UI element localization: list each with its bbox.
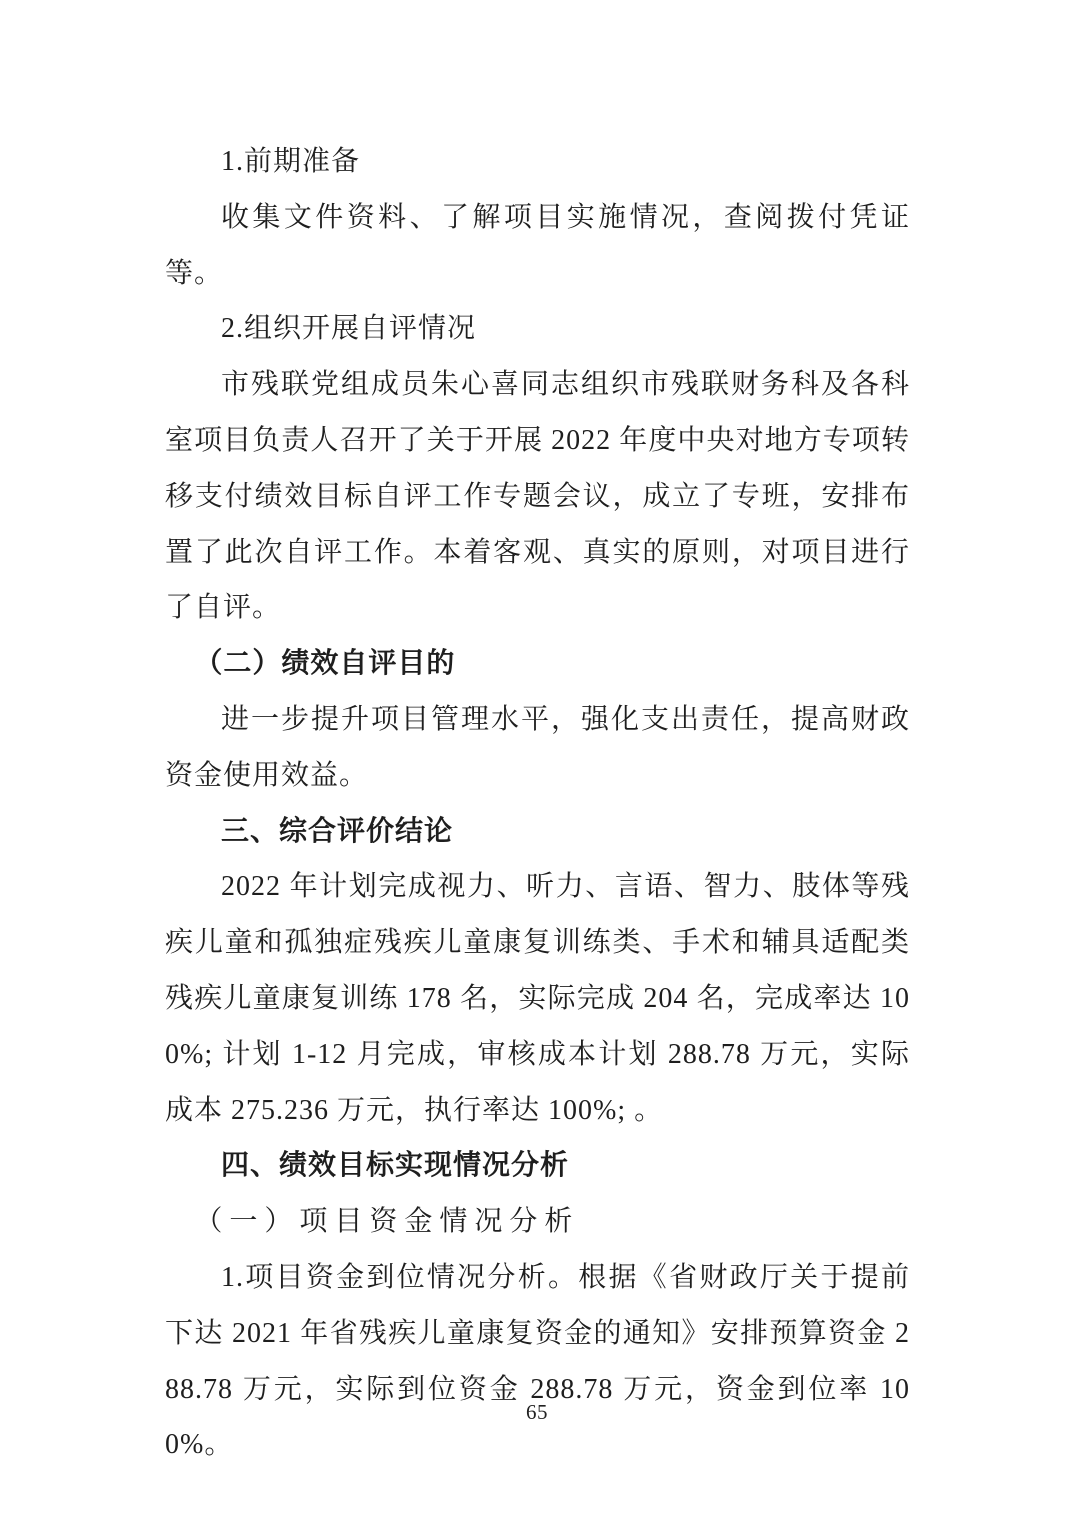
- heading-comprehensive-conclusion: 三、综合评价结论: [165, 804, 910, 860]
- subheading-2-self-evaluation: 2.组织开展自评情况: [165, 301, 910, 357]
- paragraph-purpose-detail: 进一步提升项目管理水平，强化支出责任，提高财政资金使用效益。: [165, 692, 910, 804]
- heading-project-funds-analysis: （一）项目资金情况分析: [165, 1194, 910, 1250]
- page-footer: 65: [0, 1398, 1074, 1426]
- document-page: 1.前期准备 收集文件资料、了解项目实施情况，查阅拨付凭证等。 2.组织开展自评…: [0, 0, 1074, 1520]
- paragraph-meeting-organization: 市残联党组成员朱心喜同志组织市残联财务科及各科室项目负责人召开了关于开展 202…: [165, 357, 910, 636]
- document-body: 1.前期准备 收集文件资料、了解项目实施情况，查阅拨付凭证等。 2.组织开展自评…: [165, 134, 910, 1473]
- subheading-1-preparation: 1.前期准备: [165, 134, 910, 190]
- page-number: 65: [526, 1400, 548, 1424]
- paragraph-collect-materials: 收集文件资料、了解项目实施情况，查阅拨付凭证等。: [165, 190, 910, 302]
- heading-performance-target-analysis: 四、绩效目标实现情况分析: [165, 1138, 910, 1194]
- heading-self-evaluation-purpose: （二）绩效自评目的: [165, 636, 910, 692]
- paragraph-funds-in-place: 1.项目资金到位情况分析。根据《省财政厅关于提前下达 2021 年省残疾儿童康复…: [165, 1250, 910, 1473]
- paragraph-conclusion-detail: 2022 年计划完成视力、听力、言语、智力、肢体等残疾儿童和孤独症残疾儿童康复训…: [165, 859, 910, 1138]
